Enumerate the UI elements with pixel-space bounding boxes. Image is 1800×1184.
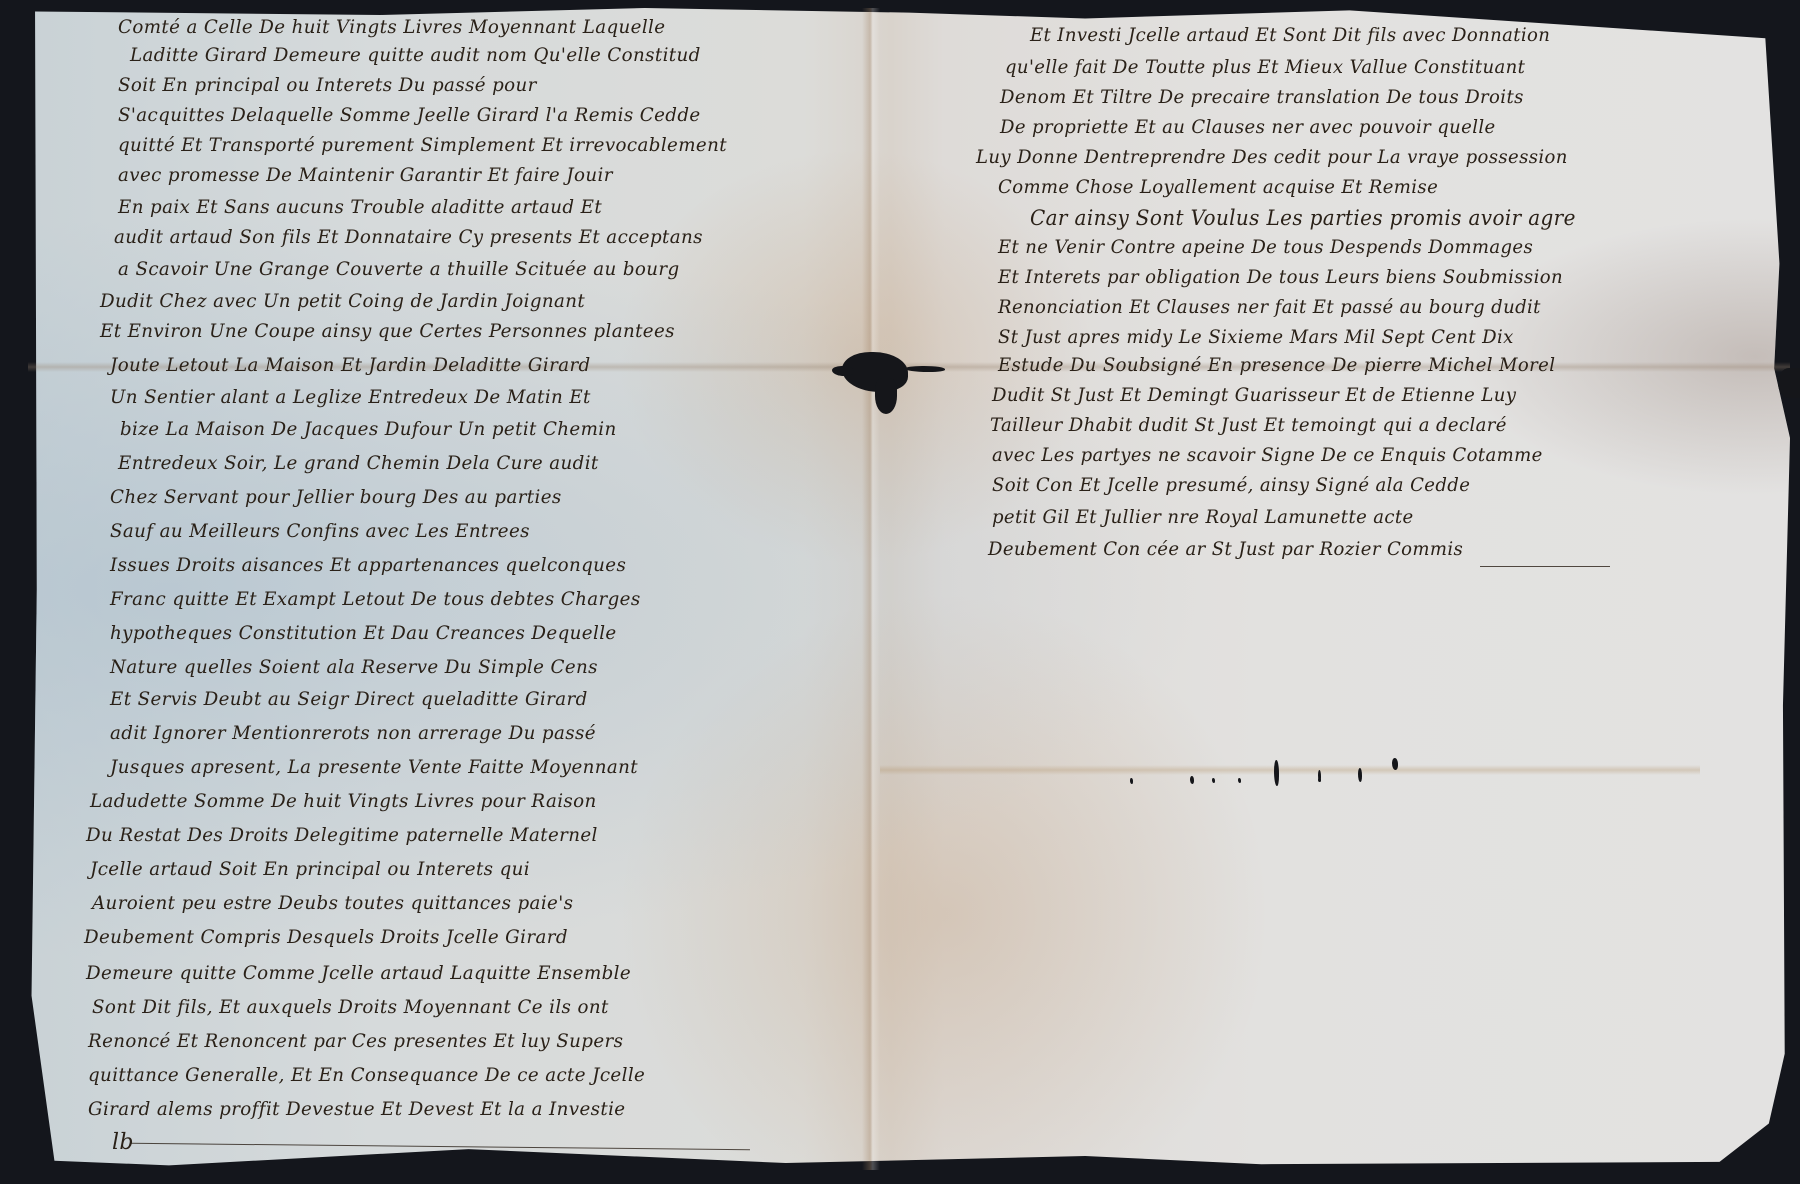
text-line: Et ne Venir Contre apeine De tous Despen… [998, 236, 1533, 258]
text-line: quitté Et Transporté purement Simplement… [118, 134, 727, 156]
text-line: Entredeux Soir, Le grand Chemin Dela Cur… [118, 452, 599, 474]
text-line: Comté a Celle De huit Vingts Livres Moye… [118, 16, 665, 38]
text-line: Jusques apresent, La presente Vente Fait… [110, 756, 638, 778]
text-line: Nature quelles Soient ala Reserve Du Sim… [110, 656, 598, 678]
text-line: bize La Maison De Jacques Dufour Un peti… [120, 418, 617, 440]
text-line: St Just apres midy Le Sixieme Mars Mil S… [998, 326, 1514, 348]
signature-flourish [1480, 566, 1610, 567]
text-line: Auroient peu estre Deubs toutes quittanc… [92, 892, 573, 914]
text-line: Issues Droits aisances Et appartenances … [110, 554, 626, 576]
text-line: Dudit St Just Et Demingt Guarisseur Et d… [992, 384, 1516, 406]
text-line: Tailleur Dhabit dudit St Just Et temoing… [990, 414, 1507, 436]
text-line: S'acquittes Delaquelle Somme Jeelle Gira… [118, 104, 701, 126]
right-page: Et Investi Jcelle artaud Et Sont Dit fil… [880, 0, 1800, 1184]
text-line: En paix Et Sans aucuns Trouble aladitte … [118, 196, 602, 218]
text-line: avec Les partyes ne scavoir Signe De ce … [992, 444, 1543, 466]
text-line: Laditte Girard Demeure quitte audit nom … [130, 44, 701, 66]
text-line: Ladudette Somme De huit Vingts Livres po… [90, 790, 597, 812]
text-line: Joute Letout La Maison Et Jardin Deladit… [110, 354, 591, 376]
text-line: Et Environ Une Coupe ainsy que Certes Pe… [100, 320, 675, 342]
text-line: adit Ignorer Mentionrerots non arrerage … [110, 722, 596, 744]
text-line: Estude Du Soubsigné En presence De pierr… [998, 354, 1555, 376]
text-line: avec promesse De Maintenir Garantir Et f… [118, 164, 613, 186]
text-line: Soit Con Et Jcelle presumé, ainsy Signé … [992, 474, 1470, 496]
closing-flourish [130, 1143, 750, 1150]
text-line: Du Restat Des Droits Delegitime paternel… [86, 824, 598, 846]
text-line: Franc quitte Et Exampt Letout De tous de… [110, 588, 641, 610]
text-line: petit Gil Et Jullier nre Royal Lamunette… [992, 506, 1414, 528]
text-line: Luy Donne Dentreprendre Des cedit pour L… [976, 146, 1568, 168]
text-line: Comme Chose Loyallement acquise Et Remis… [998, 176, 1438, 198]
text-line: hypotheques Constitution Et Dau Creances… [110, 622, 617, 644]
text-line: Demeure quitte Comme Jcelle artaud Laqui… [86, 962, 631, 984]
left-page: Comté a Celle De huit Vingts Livres Moye… [0, 0, 880, 1184]
text-line: Chez Servant pour Jellier bourg Des au p… [110, 486, 562, 508]
text-line: Renoncé Et Renoncent par Ces presentes E… [88, 1030, 623, 1052]
text-line: Renonciation Et Clauses ner fait Et pass… [998, 296, 1541, 318]
text-line: audit artaud Son fils Et Donnataire Cy p… [114, 226, 703, 248]
text-line: qu'elle fait De Toutte plus Et Mieux Val… [1005, 56, 1525, 78]
text-line: Sont Dit fils, Et auxquels Droits Moyenn… [92, 996, 609, 1018]
text-line: Sauf au Meilleurs Confins avec Les Entre… [110, 520, 530, 542]
text-line: Car ainsy Sont Voulus Les parties promis… [1030, 206, 1576, 230]
text-line: Un Sentier alant a Leglize Entredeux De … [110, 386, 591, 408]
text-line: De propriette Et au Clauses ner avec pou… [1000, 116, 1496, 138]
text-line: Deubement Con cée ar St Just par Rozier … [988, 538, 1463, 560]
text-line: Denom Et Tiltre De precaire translation … [1000, 86, 1524, 108]
text-line: Dudit Chez avec Un petit Coing de Jardin… [100, 290, 585, 312]
text-line: Deubement Compris Desquels Droits Jcelle… [84, 926, 568, 948]
text-line: a Scavoir Une Grange Couverte a thuille … [118, 258, 680, 280]
text-line: Girard alems proffit Devestue Et Devest … [88, 1098, 625, 1120]
text-line: Et Investi Jcelle artaud Et Sont Dit fil… [1030, 24, 1550, 46]
text-line: Soit En principal ou Interets Du passé p… [118, 74, 537, 96]
text-line: Jcelle artaud Soit En principal ou Inter… [90, 858, 530, 880]
text-line: quittance Generalle, Et En Consequance D… [88, 1064, 645, 1086]
text-line: Et Servis Deubt au Seigr Direct queladit… [110, 688, 588, 710]
text-line: Et Interets par obligation De tous Leurs… [998, 266, 1563, 288]
